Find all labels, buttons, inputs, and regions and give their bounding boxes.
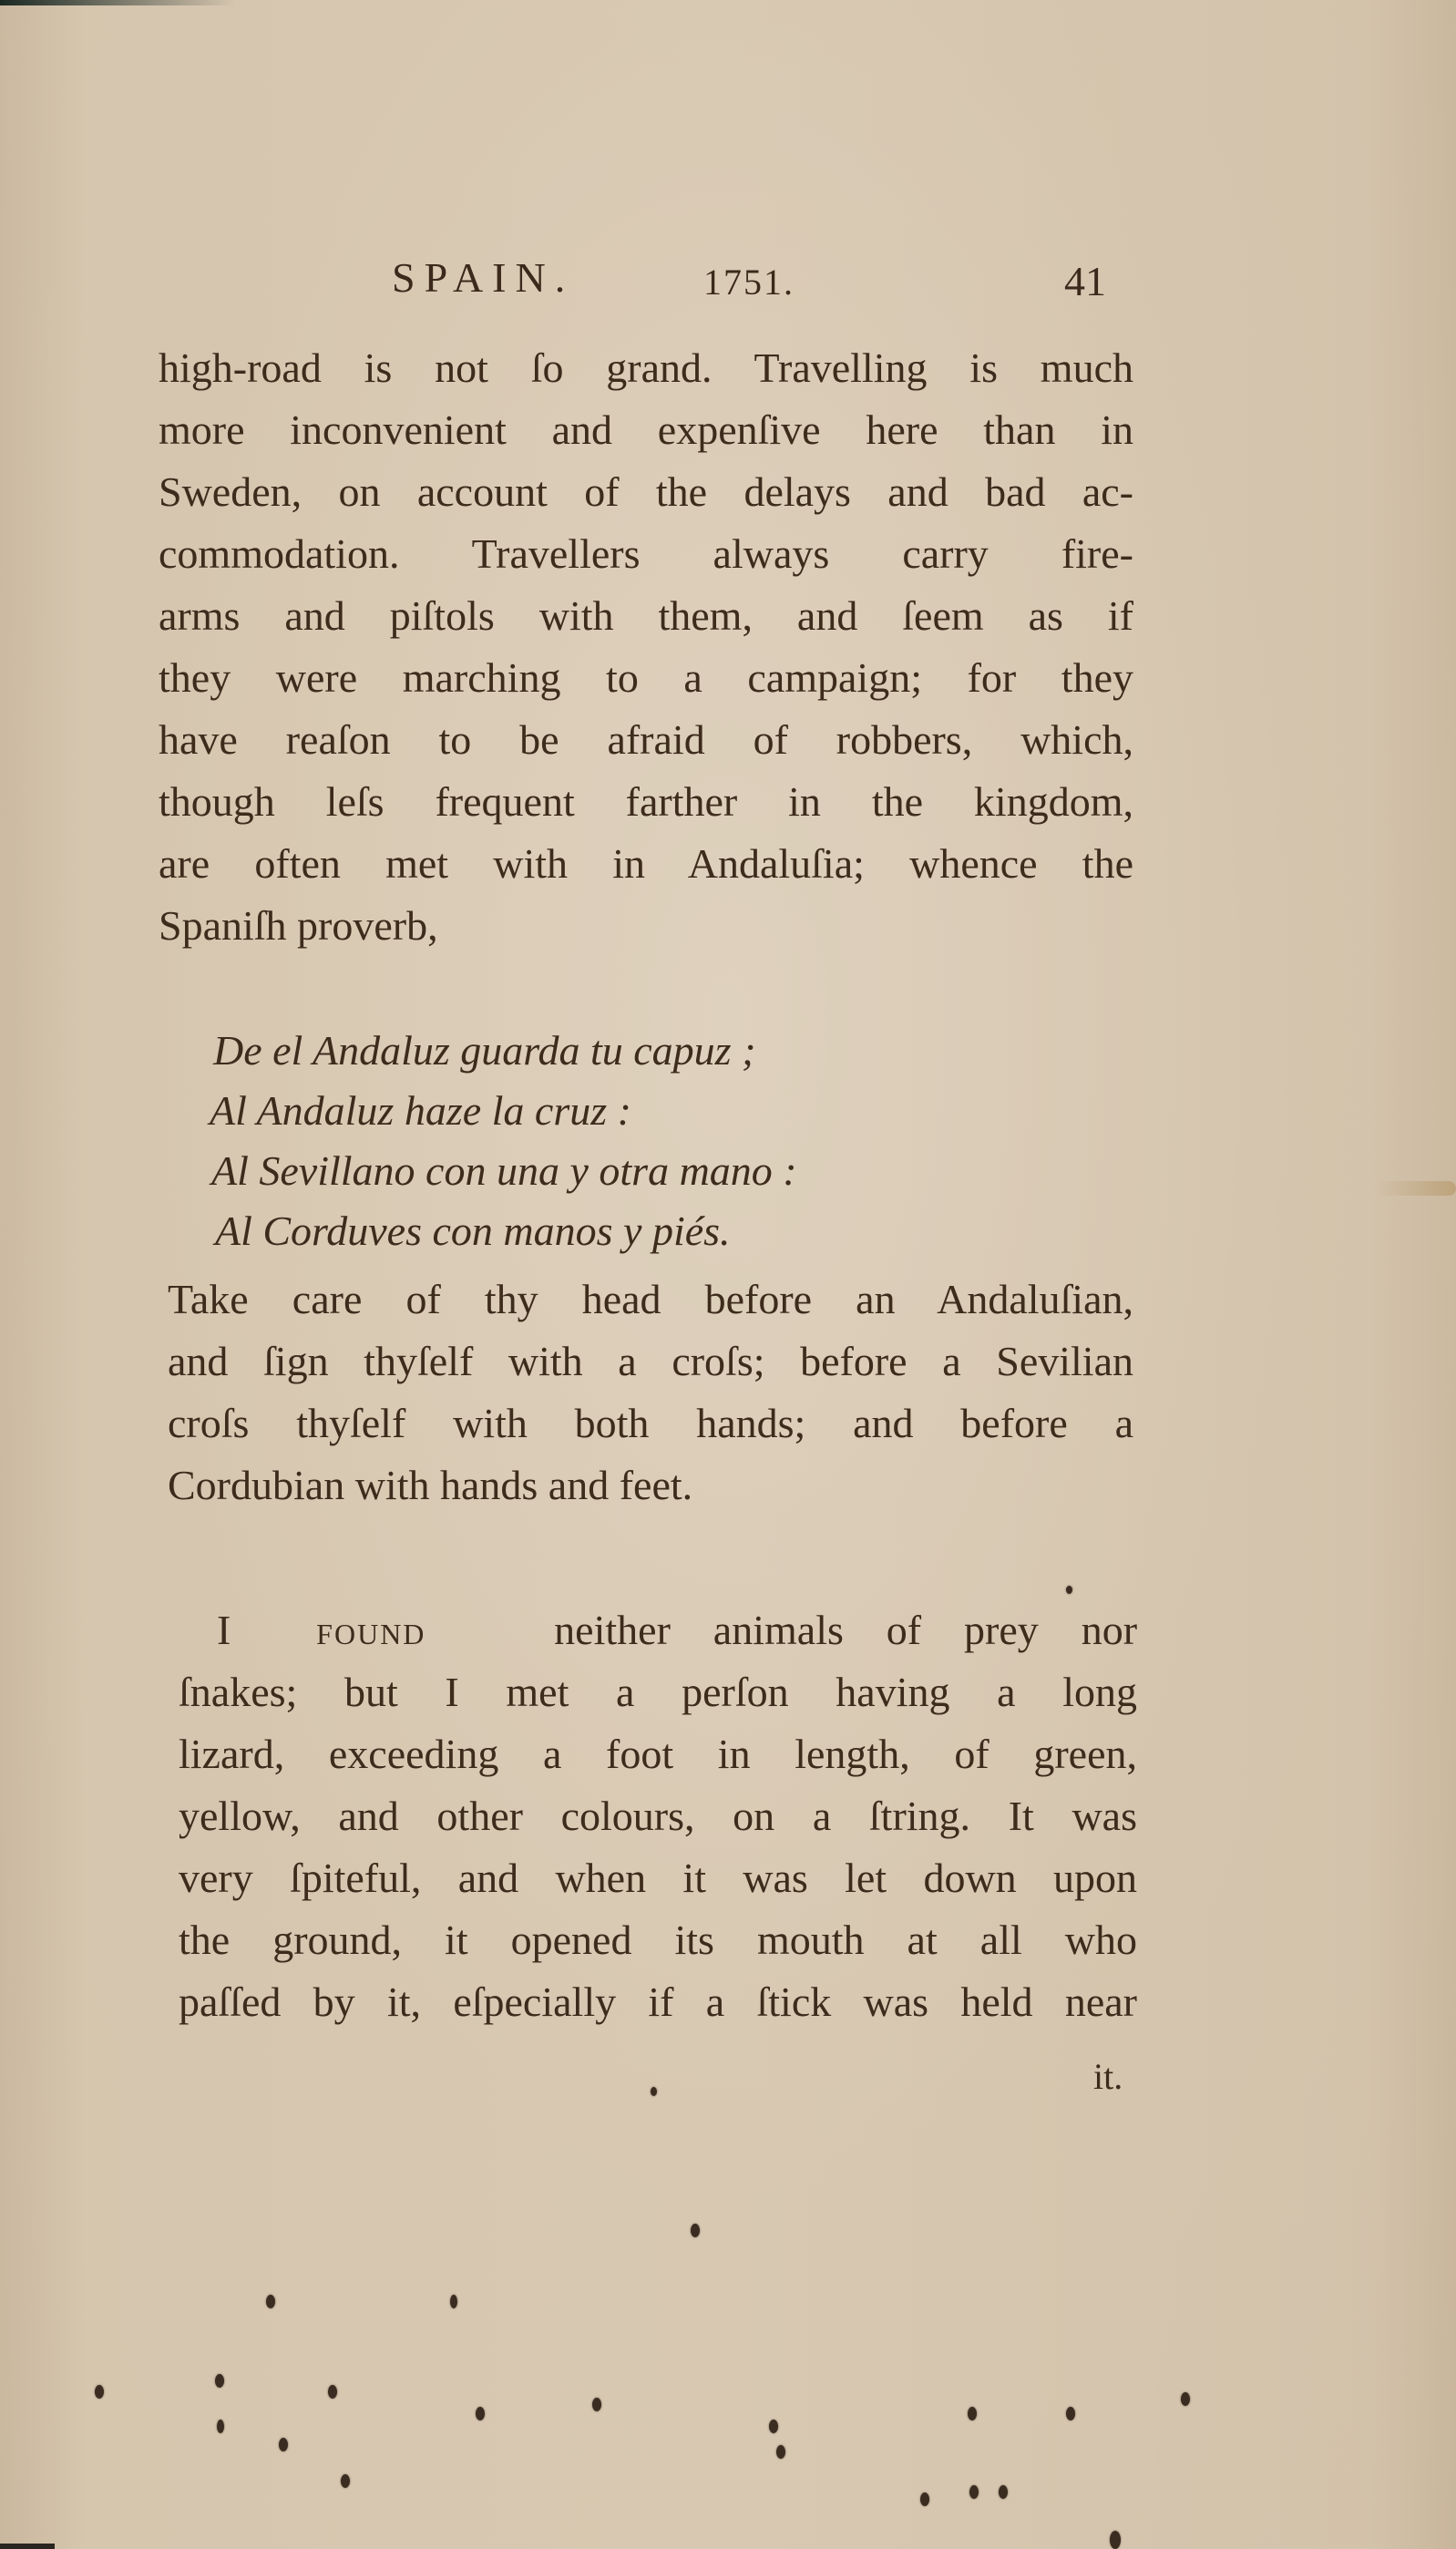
text-line: arms and piſtols with them, and ſeem as … [159,585,1133,647]
catchword: it. [1093,2055,1123,2098]
wormhole [1110,2531,1121,2549]
text-line: commodation. Travellers always carry fir… [159,523,1133,585]
paragraph-2-translation: Take care of thy head before an Andaluſi… [168,1269,1133,1516]
text-line: Spaniſh proverb, [159,895,1133,957]
text-line: are often met with in Andaluſia; whence … [159,833,1133,895]
wormhole [217,2420,224,2433]
text-line: ſnakes; but I met a perſon having a long [179,1661,1137,1723]
wormhole [1066,2407,1075,2421]
page-edge-shadow-bottom [0,2544,55,2549]
text-line: very ſpiteful, and when it was let down … [179,1847,1137,1909]
page-number: 41 [1064,257,1106,305]
wormhole [969,2485,979,2499]
spanish-proverb: De el Andaluz guarda tu capuz ; Al Andal… [210,1021,797,1261]
wormhole [476,2407,485,2421]
running-title: SPAIN. [392,253,574,302]
page-edge-shadow [0,0,237,5]
wormhole [592,2398,601,2411]
opening-word: I [217,1607,231,1653]
paragraph-1: high-road is not ſo grand. Travelling is… [159,337,1133,957]
text-line: Take care of thy head before an Andaluſi… [168,1269,1133,1331]
text-line: have reaſon to be afraid of robbers, whi… [159,709,1133,771]
text-line: neither animals of prey nor [554,1607,1137,1653]
text-line: paſſed by it, eſpecially if a ſtick was … [179,1971,1137,2033]
wormhole [776,2445,785,2459]
proverb-line: Al Sevillano con una y otra mano : [210,1141,797,1201]
text-line: they were marching to a campaign; for th… [159,647,1133,709]
running-year: 1751. [703,261,795,303]
wormhole [328,2385,337,2399]
wormhole [769,2420,778,2433]
proverb-line: Al Corduves con manos y piés. [210,1201,797,1261]
wormhole [450,2295,457,2308]
text-line: yellow, and other colours, on a ſtring. … [179,1785,1137,1847]
text-line-opening: I found neither animals of prey nor [179,1599,1137,1661]
text-line: Cordubian with hands and feet. [168,1454,1133,1516]
text-line: Sweden, on account of the delays and bad… [159,461,1133,523]
text-line: croſs thyſelf with both hands; and befor… [168,1393,1133,1454]
wormhole [1066,1586,1072,1594]
text-line: and ſign thyſelf with a croſs; before a … [168,1331,1133,1393]
paragraph-3: I found neither animals of prey nor ſnak… [179,1599,1137,2033]
wormhole [1181,2392,1190,2406]
wormhole [266,2295,275,2308]
wormhole [215,2374,224,2388]
wormhole [691,2224,700,2237]
wormhole [341,2474,350,2488]
text-line: the ground, it opened its mouth at all w… [179,1909,1137,1971]
wormhole [968,2407,977,2421]
text-line: though leſs frequent farther in the king… [159,771,1133,833]
wormhole [95,2385,104,2399]
text-line: lizard, exceeding a foot in length, of g… [179,1723,1137,1785]
proverb-line: De el Andaluz guarda tu capuz ; [210,1021,797,1081]
text-line: more inconvenient and expenſive here tha… [159,399,1133,461]
wormhole [999,2485,1008,2499]
wormhole [920,2492,929,2506]
wormhole [279,2438,288,2451]
paper-stain [1376,1181,1456,1196]
proverb-line: Al Andaluz haze la cruz : [210,1081,797,1141]
text-line: high-road is not ſo grand. Travelling is… [159,337,1133,399]
opening-smallcaps: found [316,1607,426,1653]
wormhole [651,2087,657,2096]
